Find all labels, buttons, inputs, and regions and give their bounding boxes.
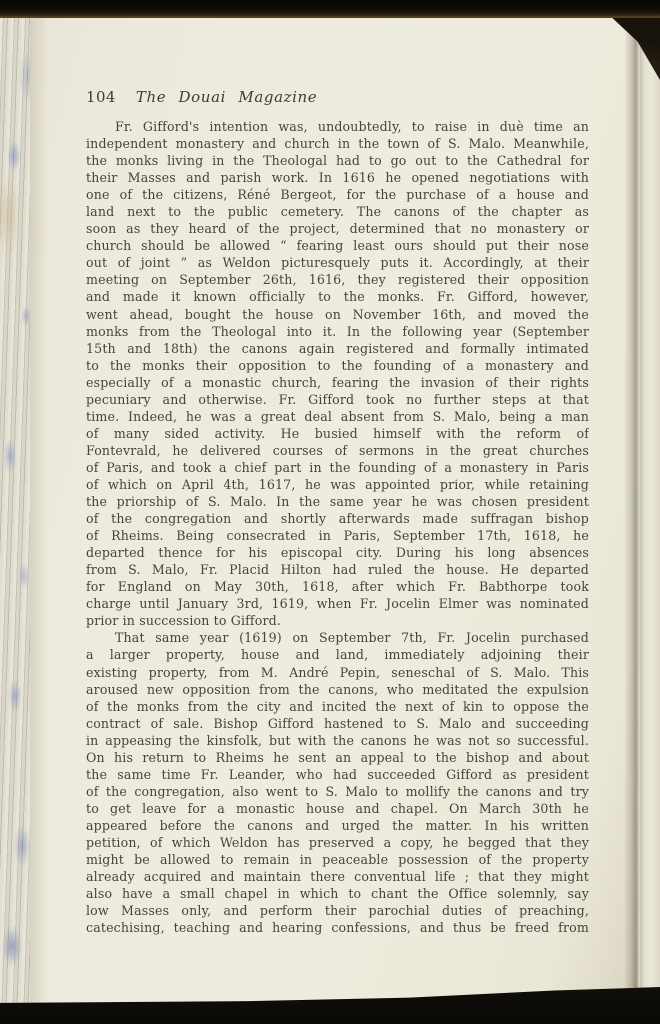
page-header: 104 The Douai Magazine bbox=[86, 88, 638, 108]
gutter-crease bbox=[624, 16, 640, 1024]
text-line: went ahead, bought the house on November… bbox=[86, 306, 589, 323]
page-number: 104 bbox=[86, 88, 116, 106]
text-line: of Rheims. Being consecrated in Paris, S… bbox=[86, 527, 589, 544]
text-line: aroused new opposition from the canons, … bbox=[86, 681, 589, 698]
text-line: a larger property, house and land, immed… bbox=[86, 646, 589, 663]
text-line: of many sided activity. He busied himsel… bbox=[86, 425, 589, 442]
text-line: of the congregation, also went to S. Mal… bbox=[86, 783, 589, 800]
magazine-title: The Douai Magazine bbox=[136, 88, 317, 106]
text-line: the priorship of S. Malo. In the same ye… bbox=[86, 493, 589, 510]
text-line: land next to the public cemetery. The ca… bbox=[86, 203, 589, 220]
text-line: departed thence for his episcopal city. … bbox=[86, 544, 589, 561]
text-line: of Paris, and took a chief part in the f… bbox=[86, 459, 589, 476]
text-line: monks from the Theologal into it. In the… bbox=[86, 323, 589, 340]
text-line: existing property, from M. André Pepin, … bbox=[86, 664, 589, 681]
text-line: to get leave for a monastic house and ch… bbox=[86, 800, 589, 817]
text-line: Fr. Gifford's intention was, undoubtedly… bbox=[86, 118, 589, 135]
text-line: independent monastery and church in the … bbox=[86, 135, 589, 152]
text-line: low Masses only, and perform their paroc… bbox=[86, 902, 589, 919]
text-line: in appeasing the kinsfolk, but with the … bbox=[86, 732, 589, 749]
adjacent-page-sliver bbox=[638, 18, 660, 998]
paragraph: That same year (1619) on September 7th, … bbox=[86, 629, 589, 936]
text-line: for England on May 30th, 1618, after whi… bbox=[86, 578, 589, 595]
text-line: of the monks from the city and incited t… bbox=[86, 698, 589, 715]
text-line: appeared before the canons and urged the… bbox=[86, 817, 589, 834]
text-line: pecuniary and otherwise. Fr. Gifford too… bbox=[86, 391, 589, 408]
page-content: 104 The Douai Magazine Fr. Gifford's int… bbox=[30, 16, 638, 936]
text-line: prior in succession to Gifford. bbox=[86, 612, 589, 629]
text-line: charge until January 3rd, 1619, when Fr.… bbox=[86, 595, 589, 612]
text-line: their Masses and parish work. In 1616 he… bbox=[86, 169, 589, 186]
text-line: out of joint ” as Weldon picturesquely p… bbox=[86, 254, 589, 271]
book-page: 104 The Douai Magazine Fr. Gifford's int… bbox=[30, 16, 638, 1024]
text-line: especially of a monastic church, fearing… bbox=[86, 374, 589, 391]
text-line: to the monks their opposition to the fou… bbox=[86, 357, 589, 374]
text-line: and made it known officially to the monk… bbox=[86, 288, 589, 305]
text-line: contract of sale. Bishop Gifford hastene… bbox=[86, 715, 589, 732]
text-line: church should be allowed “ fearing least… bbox=[86, 237, 589, 254]
top-cover-band bbox=[0, 0, 660, 18]
text-line: meeting on September 26th, 1616, they re… bbox=[86, 271, 589, 288]
text-line: one of the citizens, Réné Bergeot, for t… bbox=[86, 186, 589, 203]
page-body: Fr. Gifford's intention was, undoubtedly… bbox=[86, 118, 589, 936]
text-line: of the congregation and shortly afterwar… bbox=[86, 510, 589, 527]
text-line: the monks living in the Theologal had to… bbox=[86, 152, 589, 169]
text-line: 15th and 18th) the canons again register… bbox=[86, 340, 589, 357]
text-line: Fontevrald, he delivered courses of serm… bbox=[86, 442, 589, 459]
text-line: That same year (1619) on September 7th, … bbox=[86, 629, 589, 646]
text-line: petition, of which Weldon has preserved … bbox=[86, 834, 589, 851]
text-line: the same time Fr. Leander, who had succe… bbox=[86, 766, 589, 783]
text-line: already acquired and maintain there conv… bbox=[86, 868, 589, 885]
text-line: of which on April 4th, 1617, he was appo… bbox=[86, 476, 589, 493]
text-line: from S. Malo, Fr. Placid Hilton had rule… bbox=[86, 561, 589, 578]
book-scan: 104 The Douai Magazine Fr. Gifford's int… bbox=[0, 0, 660, 1024]
text-line: also have a small chapel in which to cha… bbox=[86, 885, 589, 902]
paragraph: Fr. Gifford's intention was, undoubtedly… bbox=[86, 118, 589, 629]
text-line: time. Indeed, he was a great deal absent… bbox=[86, 408, 589, 425]
text-line: might be allowed to remain in peaceable … bbox=[86, 851, 589, 868]
text-line: soon as they heard of the project, deter… bbox=[86, 220, 589, 237]
text-line: catechising, teaching and hearing confes… bbox=[86, 919, 589, 936]
text-line: On his return to Rheims he sent an appea… bbox=[86, 749, 589, 766]
